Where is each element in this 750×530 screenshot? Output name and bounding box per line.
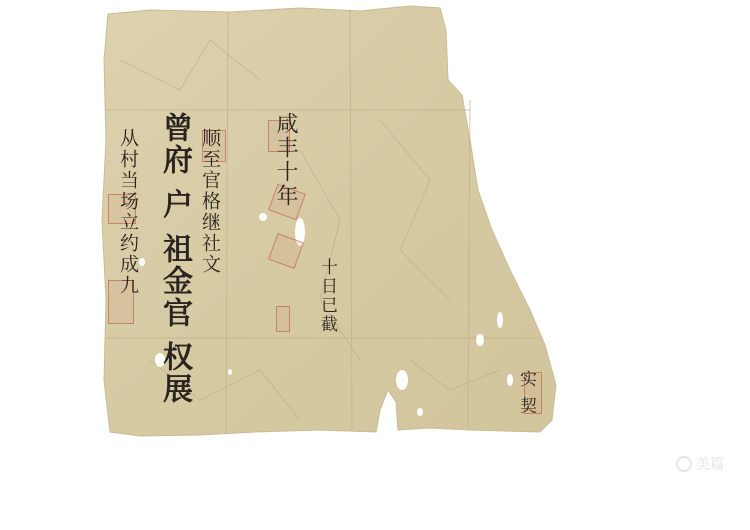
text-column: 顺至官格继社文 [200, 128, 220, 275]
watermark: 美篇 [676, 454, 724, 474]
image-stage: 从村当场立约成九 曾府 户 祖金官 权展 顺至官格继社文 咸丰十年 十日已截 实… [0, 0, 750, 530]
text-column: 从村当场立约成九 [118, 128, 138, 296]
red-seal [276, 306, 290, 332]
watermark-text: 美篇 [696, 454, 724, 474]
text-column: 曾府 户 祖金官 权展 [158, 112, 190, 405]
text-column: 十日已截 [318, 258, 336, 334]
paper-document [0, 0, 750, 530]
logo-icon [676, 456, 692, 472]
text-column: 咸丰十年 [274, 112, 296, 208]
text-column: 实 契 [517, 370, 535, 415]
